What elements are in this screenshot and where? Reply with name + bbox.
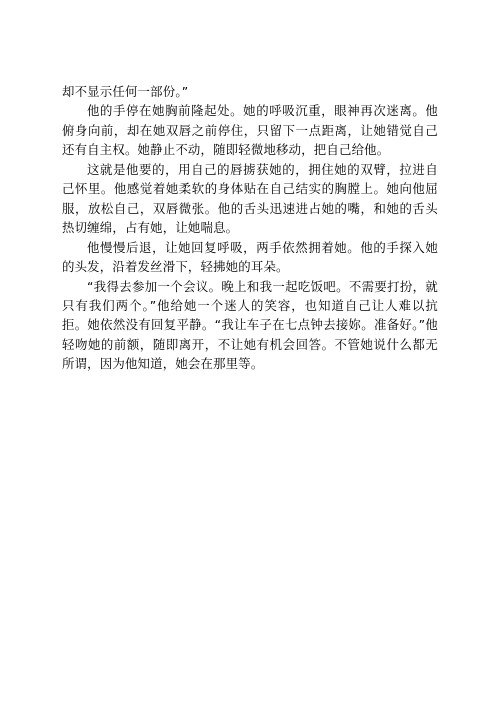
paragraph-3: 这就是他要的，用自己的唇掳获她的，拥住她的双臂，拉进自己怀里。他感觉着她柔软的身… xyxy=(62,160,438,238)
paragraph-5: “我得去参加一个会议。晚上和我一起吃饭吧。不需要打扮，就只有我们两个。”他给她一… xyxy=(62,277,438,374)
document-page: 却不显示任何一部份。” 他的手停在她胸前隆起处。她的呼吸沉重，眼神再次迷离。他俯… xyxy=(62,82,438,374)
paragraph-2: 他的手停在她胸前隆起处。她的呼吸沉重，眼神再次迷离。他俯身向前，却在她双唇之前停… xyxy=(62,101,438,159)
paragraph-4: 他慢慢后退，让她回复呼吸，两手依然拥着她。他的手探入她的头发，沿着发丝滑下，轻拂… xyxy=(62,238,438,277)
paragraph-1: 却不显示任何一部份。” xyxy=(62,82,438,101)
